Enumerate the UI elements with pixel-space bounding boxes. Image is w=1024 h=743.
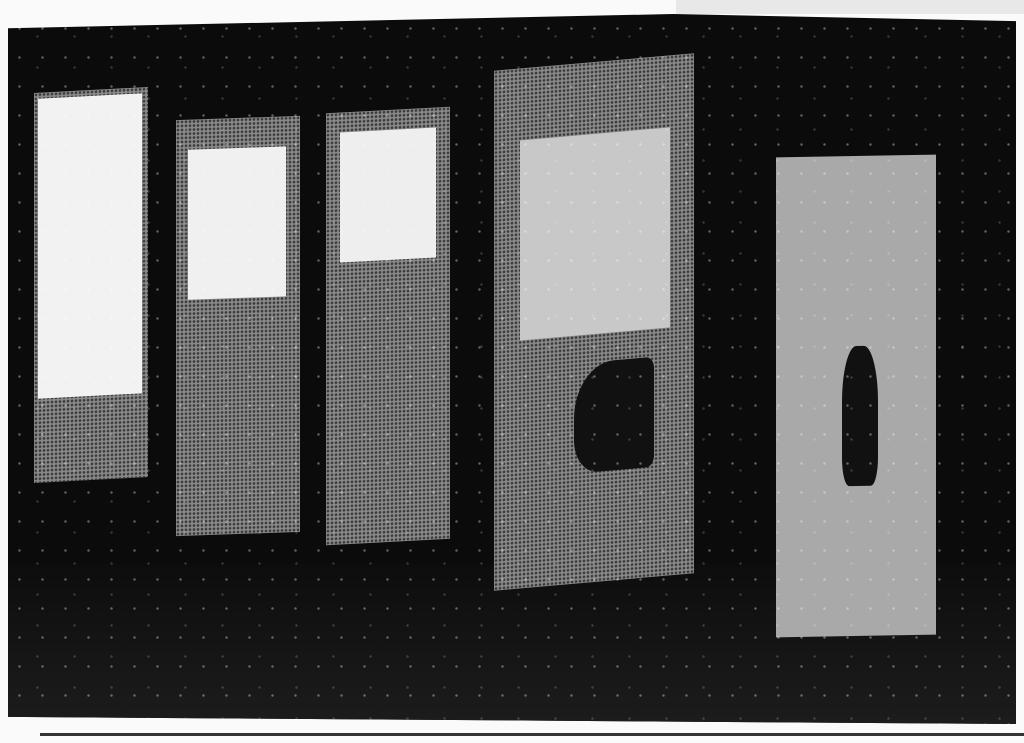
column-rule xyxy=(40,733,1024,736)
scroll-panel-1: Scroll 1 xyxy=(34,87,148,483)
scroll-panel-2: Scroll 2 xyxy=(176,116,300,536)
scroll-painting-1 xyxy=(38,93,142,398)
dark-rock-shape xyxy=(574,357,654,474)
scroll-panel-3: Scroll 3 xyxy=(326,107,450,545)
scroll-painting-3 xyxy=(340,127,436,262)
torn-paper-edge xyxy=(676,0,1024,14)
scroll-painting-4 xyxy=(520,127,670,340)
scroll-panel-4: Scroll 4 xyxy=(494,53,694,590)
robed-figure xyxy=(842,346,878,487)
halftone-photo: Scroll 1 Scroll 2 Scroll 3 Scroll 4 Scro… xyxy=(8,14,1016,724)
scroll-painting-2 xyxy=(188,146,286,299)
scroll-panel-5: Scroll 5 xyxy=(776,155,936,638)
